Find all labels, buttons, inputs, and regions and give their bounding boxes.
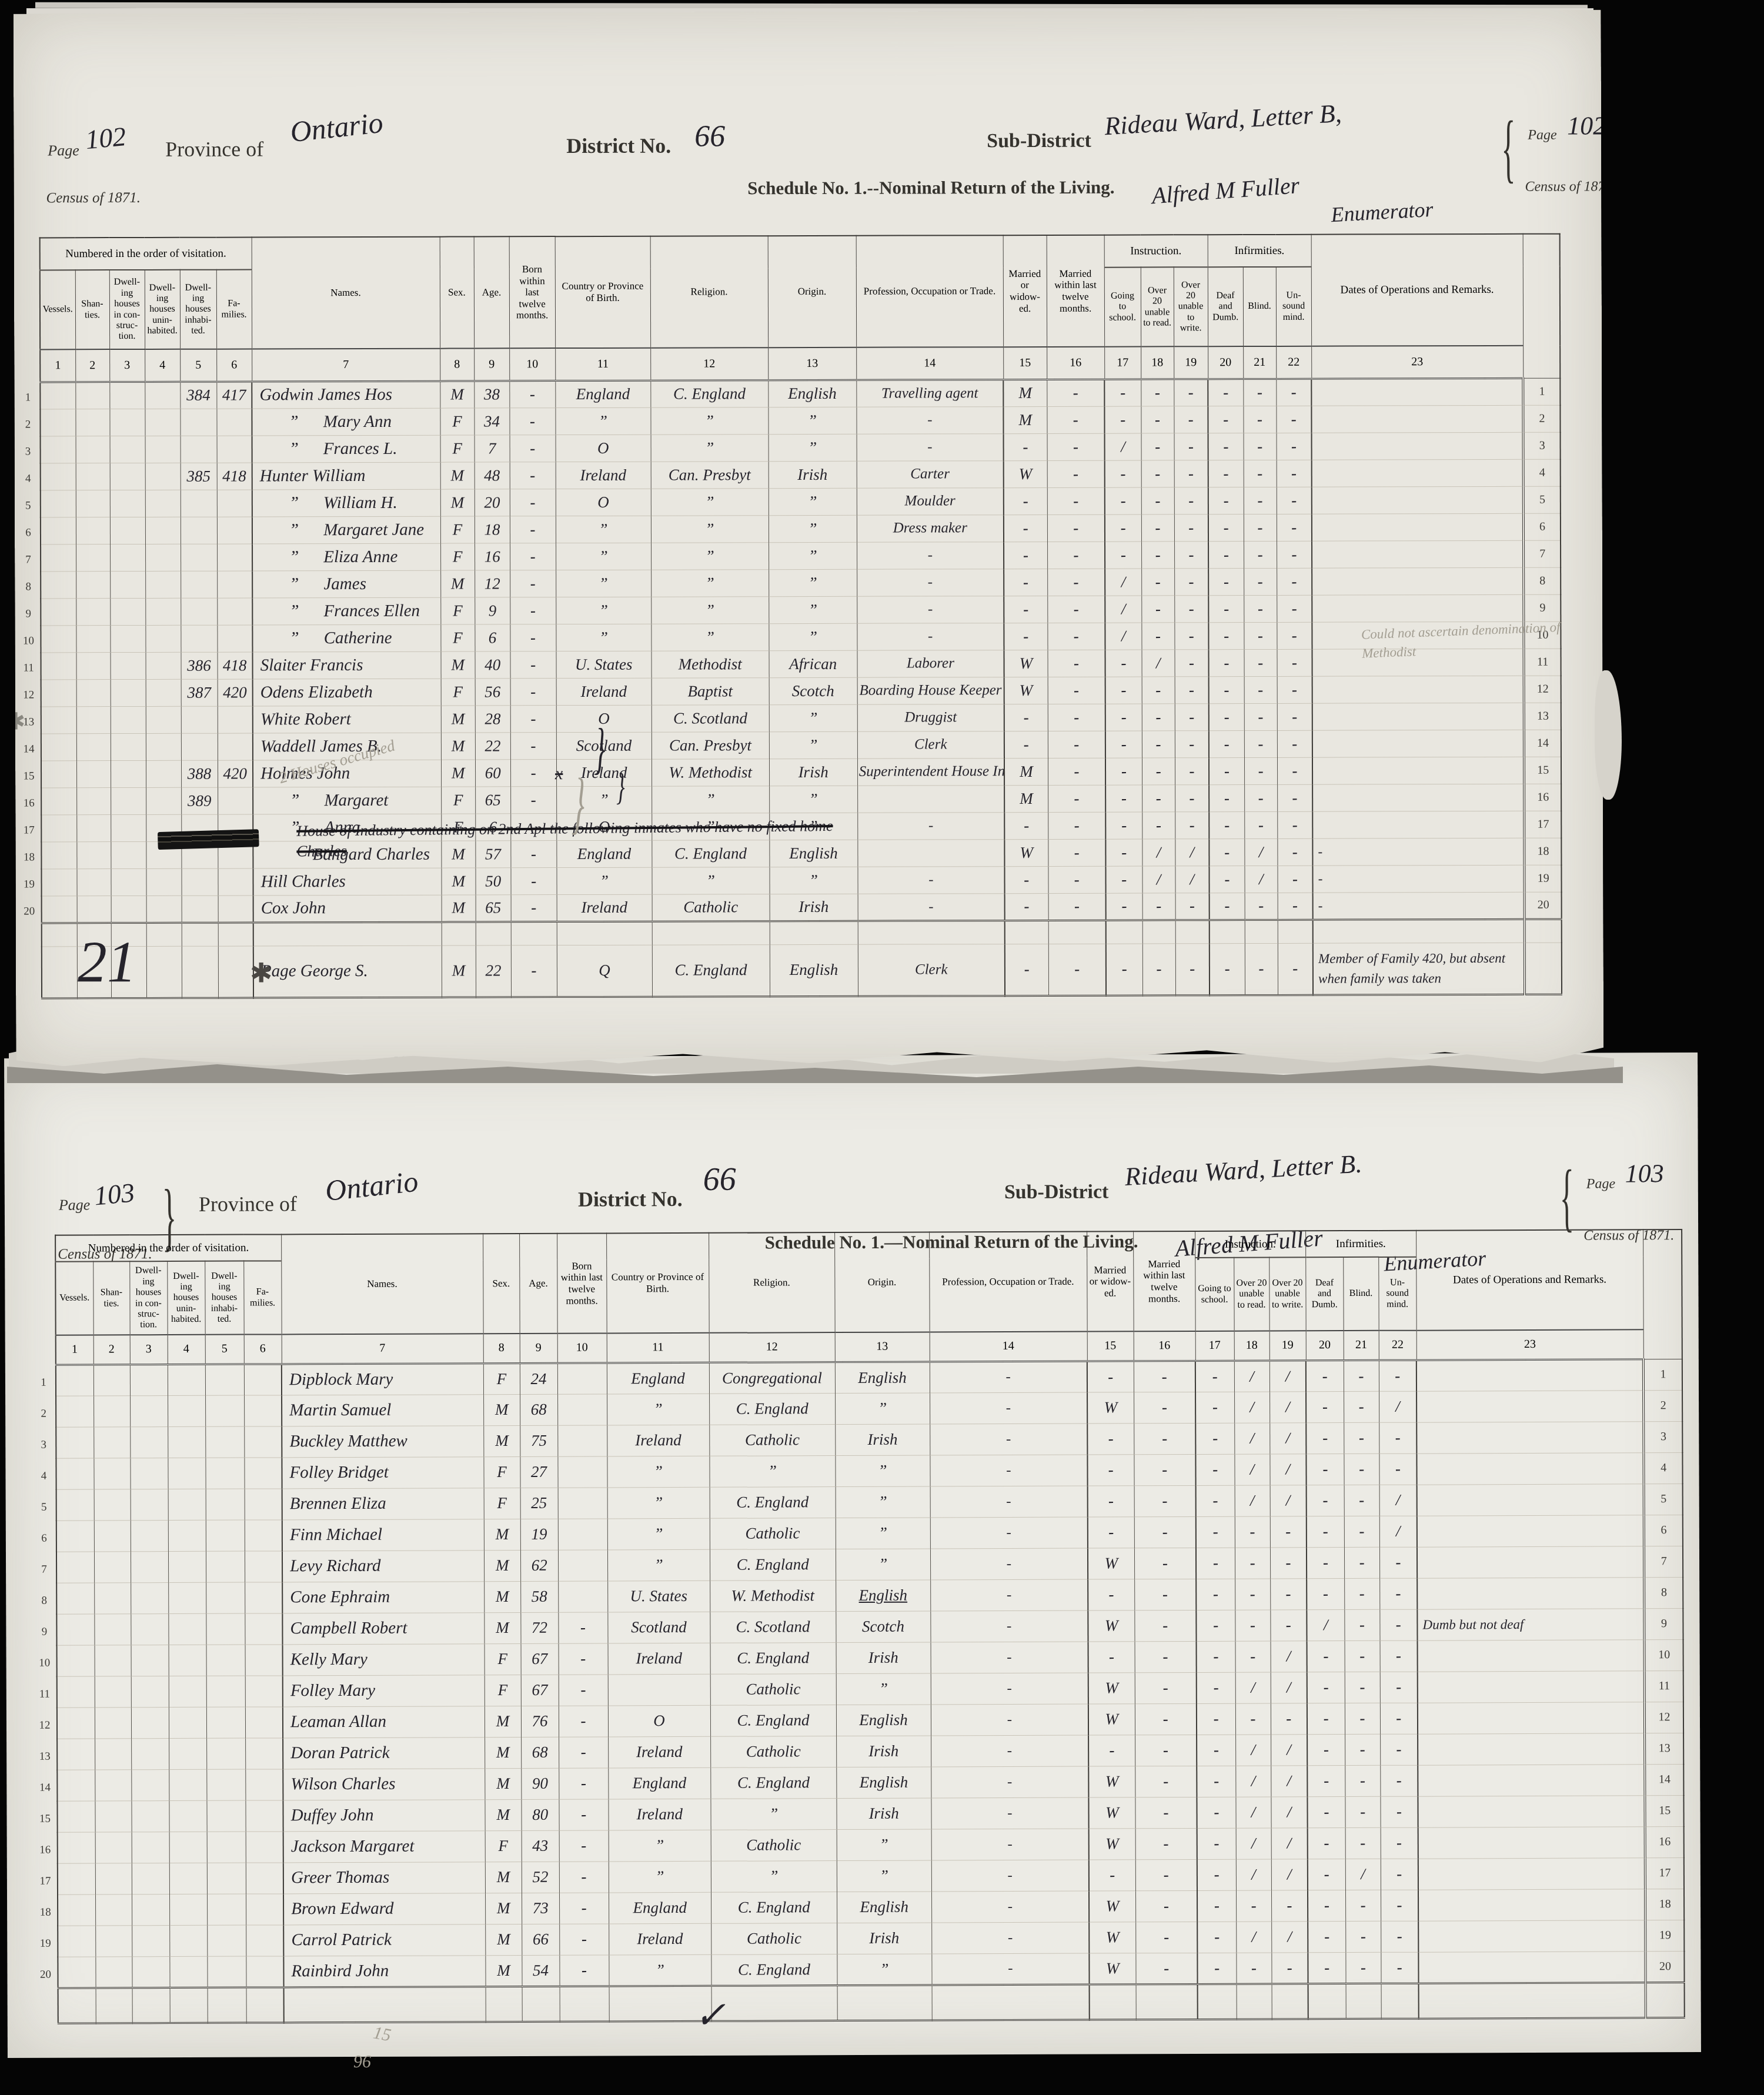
cell-m12: - <box>1134 1423 1195 1454</box>
cell-i19: - <box>1271 1890 1308 1921</box>
cell-i21: - <box>1345 1703 1380 1734</box>
cell-c3 <box>131 1800 169 1832</box>
corner-census-label: Census of 1871 <box>1525 179 1612 195</box>
cell-religion: ” <box>651 569 769 597</box>
cell-i19: - <box>1270 1547 1307 1578</box>
cell-c4 <box>169 1832 207 1863</box>
cell-i22: - <box>1379 1578 1417 1609</box>
cell-c4 <box>146 706 181 733</box>
cell-m: - <box>1088 1641 1135 1672</box>
column-number: 5 <box>180 349 216 382</box>
cell-i17: - <box>1105 542 1141 569</box>
cell-i21: - <box>1344 1485 1379 1516</box>
cell-i20: - <box>1209 784 1244 811</box>
cell-i20: - <box>1307 1485 1344 1516</box>
cell-c4 <box>145 517 181 544</box>
cell-i21: - <box>1245 943 1278 995</box>
cell-c6 <box>218 868 253 895</box>
cell-i21: - <box>1345 1827 1381 1859</box>
cell-c3 <box>110 544 145 571</box>
cell-c1 <box>41 544 76 571</box>
cell-m12: - <box>1134 1548 1196 1579</box>
cell-m: W <box>1088 1610 1134 1641</box>
cell-c3 <box>131 1613 168 1645</box>
cell-m: - <box>1087 1361 1134 1392</box>
cell-m: - <box>1004 487 1047 514</box>
cell-i17: - <box>1105 704 1142 731</box>
cell-sex: M <box>440 462 475 489</box>
cell-c1 <box>41 841 76 868</box>
cell-i17: - <box>1196 1485 1235 1516</box>
cell-i18: - <box>1141 514 1174 541</box>
cell-b: - <box>510 516 556 543</box>
cell-religion: Baptist <box>652 677 769 705</box>
cell-i18: / <box>1236 1859 1271 1890</box>
cell-origin: Irish <box>769 759 857 786</box>
cell-prof: Travelling agent <box>856 379 1003 407</box>
cell-i21: - <box>1345 1640 1380 1672</box>
cell-i18: - <box>1141 460 1174 487</box>
row-number: 15 <box>19 761 39 788</box>
row-number: 1 <box>34 1365 54 1396</box>
cell-i22: - <box>1381 1827 1418 1859</box>
cell-i19: / <box>1269 1422 1306 1454</box>
cell-c1 <box>58 1832 95 1863</box>
cell-prof: - <box>930 1392 1087 1424</box>
cell-b: - <box>559 1799 609 1830</box>
cell-rem <box>1312 784 1524 811</box>
cell-b: - <box>559 1861 609 1892</box>
cell-c1 <box>56 1458 93 1489</box>
cell-c3 <box>131 1769 169 1800</box>
cell-i18: - <box>1235 1641 1271 1672</box>
cell-c6 <box>218 706 253 733</box>
cell-i22: - <box>1277 487 1312 514</box>
cell-i19 <box>1175 920 1210 943</box>
cell-c2 <box>95 1925 132 1956</box>
cell-name: Page George S. <box>253 945 442 998</box>
cell-c1 <box>58 1894 95 1925</box>
cell-i21: - <box>1244 595 1277 622</box>
cell-name: Cone Ephraim <box>282 1581 484 1613</box>
cell-origin: ” <box>836 1673 931 1705</box>
cell-n: 18 <box>1645 1889 1684 1920</box>
row-number: 20 <box>35 1957 55 1989</box>
column-number: 21 <box>1344 1331 1379 1360</box>
cell-c4 <box>169 1894 207 1925</box>
cell-name: Godwin James Hos <box>252 381 440 409</box>
cell-c4 <box>169 1800 206 1832</box>
cell-m12: - <box>1048 650 1105 677</box>
cell-i19: - <box>1174 622 1208 649</box>
cell-i19: - <box>1175 943 1210 995</box>
cell-i18: - <box>1141 487 1174 514</box>
cell-i22 <box>1278 920 1313 943</box>
column-header: Un- sound mind. <box>1378 1257 1416 1331</box>
cell-name: ”Margaret Jane <box>252 516 440 544</box>
cell-name: Duffey John <box>283 1799 485 1831</box>
table-row: ”JamesM12-”””---/-----8 <box>41 567 1561 599</box>
cell-m: - <box>1087 1454 1134 1485</box>
cell-rem <box>1312 730 1524 757</box>
cell-c6 <box>245 1675 283 1706</box>
cell-c4 <box>146 896 182 923</box>
row-number: 10 <box>18 626 38 653</box>
cell-prof: Clerk <box>857 731 1004 759</box>
cell-m12: - <box>1047 623 1105 650</box>
cell-n: 3 <box>1643 1421 1682 1452</box>
table-row: Hill CharlesM50-”””----//-/--19 <box>41 865 1561 896</box>
cell-c6 <box>244 1426 282 1457</box>
cell-c1 <box>41 814 76 841</box>
cell-i20: - <box>1208 541 1244 568</box>
cell-sex: F <box>440 543 475 570</box>
row-number: 6 <box>18 517 38 544</box>
cell-i19: / <box>1271 1796 1308 1827</box>
column-header: Married within last twelve months. <box>1133 1231 1195 1331</box>
cell-religion: ” <box>709 1455 835 1487</box>
column-header: Country or Province of Birth. <box>555 236 650 348</box>
cell-origin: ” <box>770 867 858 894</box>
cell-i22: - <box>1277 676 1312 703</box>
cell-c1 <box>41 760 76 787</box>
cell-c5 <box>181 625 217 652</box>
cell-c3 <box>131 1707 169 1738</box>
column-number: 2 <box>75 349 109 382</box>
cell-country: ” <box>609 1954 711 1986</box>
group-header-visitation: Numbered in the order of visitation. <box>40 237 252 270</box>
cell-age <box>522 1986 560 2022</box>
cell-i18: / <box>1236 1797 1271 1828</box>
cell-c5 <box>181 490 217 517</box>
table-row: Carrol PatrickM66-IrelandCatholicIrish-W… <box>58 1920 1684 1957</box>
cell-religion: ” <box>711 1860 837 1892</box>
cell-origin: Irish <box>837 1923 931 1954</box>
cell-m: - <box>1088 1735 1135 1766</box>
cell-c6 <box>246 1831 283 1862</box>
column-number: 11 <box>607 1333 709 1363</box>
cell-m12: - <box>1135 1641 1197 1672</box>
cell-c3 <box>131 1582 168 1613</box>
cell-c6 <box>217 570 252 597</box>
column-header: Profession, Occupation or Trade. <box>929 1232 1087 1332</box>
cell-i19: - <box>1174 406 1208 433</box>
table-row: Cox JohnM65-IrelandCatholicIrish--------… <box>42 892 1562 923</box>
cell-i19: - <box>1175 730 1209 757</box>
cell-c2 <box>76 787 111 814</box>
cell-name: Wilson Charles <box>283 1768 485 1800</box>
group-header-infirmities: Infirmities. <box>1208 235 1311 267</box>
cell-prof: - <box>930 1424 1087 1455</box>
province-handwritten: Ontario <box>289 105 385 149</box>
cell-age: 72 <box>520 1612 558 1643</box>
cell-country: ” <box>607 1394 709 1425</box>
subdistrict-label: Sub-District <box>1004 1181 1109 1204</box>
cell-m12: - <box>1047 542 1105 569</box>
cell-m: W <box>1089 1890 1135 1922</box>
cell-sex: M <box>440 489 475 516</box>
cell-i20: - <box>1307 1516 1344 1547</box>
margin-asterisk-mark: ✱ <box>6 707 26 735</box>
cell-religion: C. England <box>652 944 770 997</box>
cell-i19: / <box>1270 1485 1307 1516</box>
cell-m12: - <box>1135 1859 1197 1890</box>
cell-i22: - <box>1277 757 1312 784</box>
cell-c2 <box>94 1582 131 1613</box>
cell-i17: - <box>1197 1735 1235 1766</box>
row-number: 13 <box>35 1739 55 1770</box>
column-number: 8 <box>483 1334 520 1363</box>
column-number: 22 <box>1379 1331 1416 1360</box>
cell-i22: - <box>1381 1796 1418 1827</box>
cell-c6 <box>244 1364 282 1395</box>
cell-sex: F <box>440 407 474 435</box>
corner-brace: { <box>1501 103 1515 192</box>
cell-m12: - <box>1134 1579 1196 1610</box>
cell-i21: - <box>1345 1672 1380 1703</box>
cell-b <box>557 1362 607 1394</box>
cell-m12: - <box>1047 460 1105 487</box>
cell-c6 <box>245 1488 282 1519</box>
cell-age: 48 <box>475 462 510 489</box>
cell-age: 25 <box>520 1488 558 1519</box>
cell-n: 19 <box>1525 865 1562 892</box>
cell-age: 68 <box>521 1737 559 1768</box>
column-number: 21 <box>1243 346 1276 379</box>
cell-c5 <box>208 1987 246 2023</box>
cell-m: - <box>1004 542 1047 569</box>
row-number: 11 <box>35 1677 55 1708</box>
cell-c5 <box>206 1769 245 1800</box>
row-number: 14 <box>35 1770 55 1802</box>
cell-age: 20 <box>475 489 510 516</box>
cell-i18: / <box>1236 1922 1271 1953</box>
cell-c2 <box>76 841 111 868</box>
column-header: Dwell- ing houses in con- struc- tion. <box>129 1261 167 1335</box>
page-number-handwritten: 102 <box>84 121 127 155</box>
cell-i22: - <box>1278 943 1313 995</box>
cell-i18: - <box>1235 1516 1270 1548</box>
cell-religion: C. England <box>652 840 769 867</box>
cell-c2 <box>76 679 111 706</box>
cell-i21: - <box>1244 676 1277 703</box>
cell-c5 <box>206 1800 245 1832</box>
column-header: Married or widow- ed. <box>1003 235 1047 347</box>
column-header: Sex. <box>440 236 474 348</box>
column-number: 9 <box>474 348 509 380</box>
cell-sex: M <box>485 1893 522 1924</box>
cell-c2 <box>95 1738 131 1769</box>
column-header: Shan- ties. <box>75 270 109 349</box>
census-sheet-page-102: Page 102 Census of 1871. Province of Ont… <box>14 9 1604 1066</box>
cell-age: 80 <box>522 1799 559 1830</box>
cell-rem <box>1312 757 1524 784</box>
cell-c6 <box>245 1738 283 1769</box>
cell-age: 43 <box>522 1830 559 1862</box>
cell-age: 52 <box>522 1862 559 1893</box>
cell-name: ”James <box>252 570 440 598</box>
cell-b <box>558 1581 607 1612</box>
cell-i22: / <box>1379 1485 1417 1516</box>
cell-c4 <box>169 1769 206 1800</box>
column-header: Over 20 unable to read. <box>1234 1258 1269 1331</box>
cell-name: Folley Bridget <box>282 1456 483 1488</box>
cell-c2 <box>75 382 109 409</box>
cell-i17: - <box>1197 1672 1235 1703</box>
corner-page-number: 103 <box>1625 1158 1664 1188</box>
province-handwritten: Ontario <box>323 1164 420 1208</box>
cell-b: - <box>559 1954 609 1986</box>
cell-i21: - <box>1244 784 1277 811</box>
cell-rem <box>1417 1515 1644 1546</box>
cell-age: 22 <box>475 732 510 759</box>
cell-origin: English <box>836 1580 930 1612</box>
cell-i19: - <box>1270 1516 1307 1547</box>
table-row: 389”MargaretF65-”””M-------16 <box>41 784 1561 815</box>
cell-country: Ireland <box>556 678 652 705</box>
cell-m: - <box>1004 623 1047 650</box>
cell-c6 <box>245 1644 283 1675</box>
table-row: Jackson MargaretF43-”Catholic”-W--//---1… <box>58 1826 1684 1863</box>
column-header: Vessels. <box>55 1262 93 1335</box>
brace-mark: } <box>616 764 625 809</box>
cell-country: England <box>556 840 652 867</box>
cell-c2 <box>95 1676 131 1707</box>
cell-origin: ” <box>769 704 857 731</box>
cell-c5 <box>207 1956 246 1987</box>
cell-sex: F <box>484 1488 520 1519</box>
row-number: 19 <box>19 869 39 896</box>
cell-c5 <box>181 733 218 760</box>
column-number: 10 <box>557 1333 607 1362</box>
cell-c4 <box>146 868 181 896</box>
cell-prof <box>932 1984 1090 2020</box>
cell-i22: - <box>1380 1640 1418 1672</box>
cell-c5 <box>181 436 217 463</box>
cell-i22: / <box>1379 1516 1417 1547</box>
column-headers: Numbered in the order of visitation.Name… <box>40 234 1561 382</box>
cell-prof: - <box>931 1642 1088 1673</box>
cell-c5 <box>206 1613 245 1645</box>
cell-m: - <box>1004 569 1047 596</box>
cell-i22: - <box>1278 866 1313 893</box>
asterisk-mark: ✱ <box>250 957 273 988</box>
row-number: 2 <box>18 409 38 436</box>
cell-sex: F <box>485 1830 522 1862</box>
cell-n: 15 <box>1524 757 1561 784</box>
cell-i17: - <box>1197 1828 1236 1859</box>
cell-i21 <box>1245 920 1278 943</box>
cell-b: - <box>510 678 556 705</box>
cell-i18: - <box>1142 811 1175 838</box>
column-number: 13 <box>768 348 856 380</box>
cell-i21: - <box>1344 1547 1379 1578</box>
cell-c6 <box>246 1924 283 1956</box>
row-number: 7 <box>18 544 38 572</box>
cell-sex: M <box>485 1862 522 1893</box>
table-row: Rainbird JohnM54-”C. England”-W-------20 <box>58 1951 1684 1988</box>
cell-m12: - <box>1135 1797 1197 1828</box>
column-header: Going to school. <box>1104 268 1141 347</box>
cell-i18: / <box>1235 1766 1271 1797</box>
cell-religion: ” <box>651 596 769 624</box>
cell-age: 75 <box>520 1425 557 1456</box>
cell-i18: - <box>1141 379 1174 406</box>
cell-c4 <box>146 946 182 998</box>
cell-prof: - <box>858 866 1005 894</box>
cell-prof: Moulder <box>857 487 1004 515</box>
cell-name: ”Catherine <box>252 624 440 652</box>
cell-origin: ” <box>837 1860 931 1892</box>
cell-c1 <box>57 1770 95 1801</box>
column-number: 15 <box>1087 1331 1134 1361</box>
cell-c2 <box>95 1645 131 1676</box>
cell-c6: 417 <box>216 381 252 408</box>
cell-i17: - <box>1105 487 1141 514</box>
cell-c5 <box>181 544 217 571</box>
cell-c4 <box>146 787 181 814</box>
column-number: 13 <box>835 1332 930 1362</box>
column-number: 10 <box>509 348 555 380</box>
cell-c2 <box>77 896 111 923</box>
cell-age: 24 <box>520 1363 557 1394</box>
cell-prof: - <box>858 893 1005 921</box>
cell-b: - <box>510 597 556 624</box>
cell-n: 13 <box>1645 1733 1683 1764</box>
cell-sex <box>486 1986 522 2022</box>
cell-i20: - <box>1208 622 1244 649</box>
cell-country: ” <box>556 543 651 570</box>
cell-c2 <box>76 760 111 787</box>
cell-n: 1 <box>1523 378 1560 405</box>
cell-i21: - <box>1245 893 1278 920</box>
cell-country: ” <box>607 1487 710 1519</box>
cell-c1 <box>41 517 76 544</box>
cell-religion: Catholic <box>710 1518 836 1549</box>
cell-i19: / <box>1271 1672 1307 1703</box>
cell-age: 16 <box>475 543 510 570</box>
cell-i18: - <box>1141 541 1174 568</box>
cell-i20: - <box>1307 1765 1345 1796</box>
cell-c5 <box>182 923 218 946</box>
cell-m: - <box>1088 1485 1134 1516</box>
cell-c2 <box>76 490 110 517</box>
cell-sex: M <box>441 732 475 759</box>
cell-c1 <box>56 1583 94 1614</box>
cell-c2 <box>76 436 110 463</box>
cell-sex: F <box>441 786 475 813</box>
cell-m12: - <box>1047 433 1105 460</box>
cell-m12: - <box>1047 406 1104 433</box>
row-number: 17 <box>19 815 39 842</box>
cell-i20: - <box>1308 1859 1345 1890</box>
cell-m12: - <box>1048 866 1106 893</box>
row-number: 19 <box>35 1926 55 1957</box>
cell-c1 <box>42 896 77 923</box>
cell-i17: - <box>1196 1579 1235 1610</box>
cell-rem: - <box>1313 892 1525 920</box>
cell-b: - <box>511 867 557 894</box>
cell-c6 <box>217 516 252 543</box>
cell-c6 <box>245 1582 282 1613</box>
cell-origin: ” <box>769 569 857 596</box>
cell-origin: Scotch <box>769 677 857 704</box>
cell-country: England <box>608 1767 710 1799</box>
cell-sex: M <box>485 1799 522 1830</box>
cell-country: Ireland <box>557 894 652 921</box>
column-header: Over 20 unable to read. <box>1141 267 1174 346</box>
cell-c2 <box>76 625 110 652</box>
